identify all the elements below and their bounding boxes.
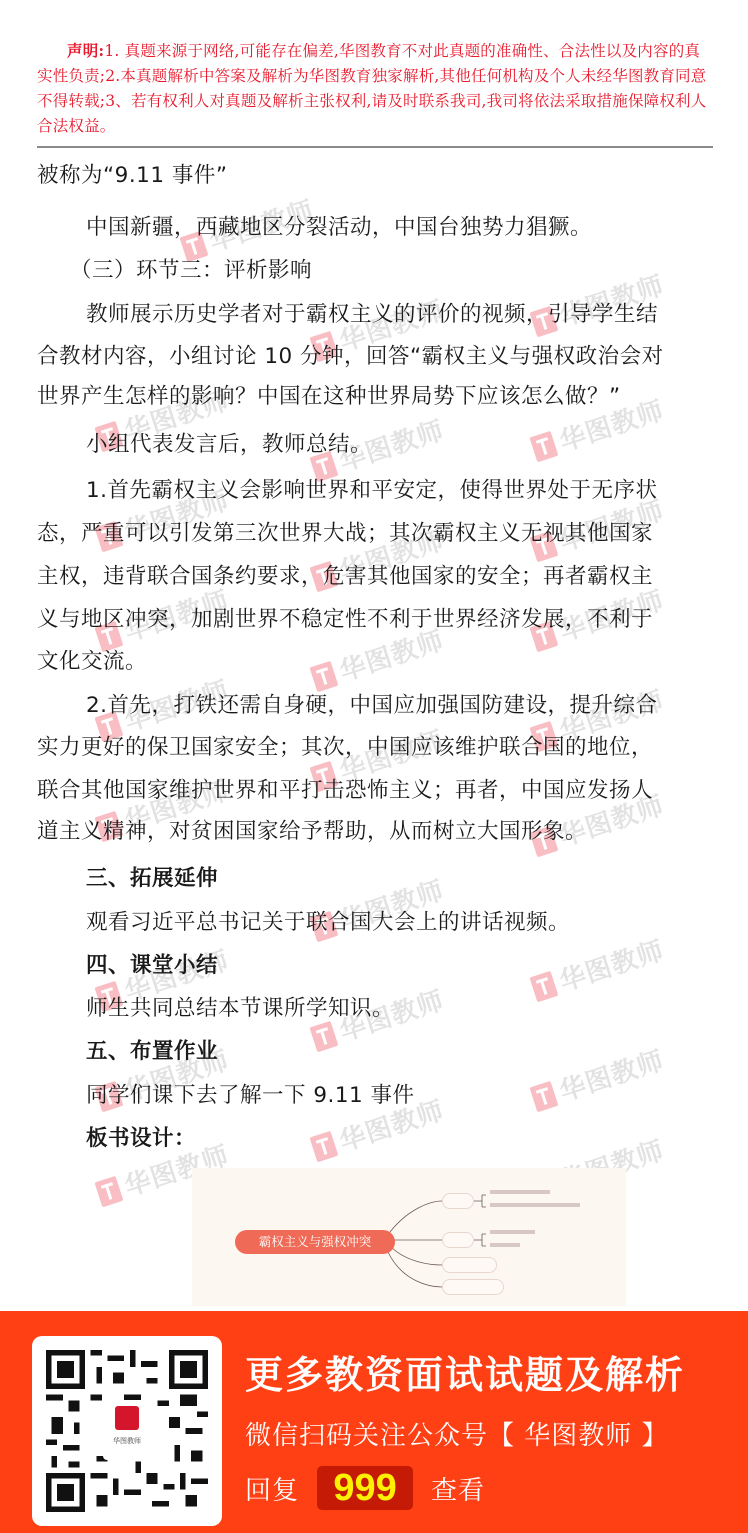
- promo-banner: 华图教师 更多教资面试试题及解析 微信扫码关注公众号【 华图教师 】 回复 99…: [0, 1311, 748, 1533]
- section-heading: 三、拓展延伸: [86, 864, 218, 894]
- board-design-mindmap: 霸权主义与强权冲突: [192, 1168, 626, 1306]
- body-line: 态，严重可以引发第三次世界大战；其次霸权主义无视其他国家: [37, 519, 653, 549]
- body-line: 道主义精神，对贫困国家给予帮助，从而树立大国形象。: [37, 817, 587, 847]
- disclaimer: 声明:1. 真题来源于网络,可能存在偏差,华图教育不对此真题的准确性、合法性以及…: [37, 38, 713, 139]
- body-line: 观看习近平总书记关于联合国大会上的讲话视频。: [86, 908, 570, 938]
- qr-center-logo: 华图教师: [103, 1400, 151, 1460]
- body-line: 教师展示历史学者对于霸权主义的评价的视频，引导学生结: [86, 300, 658, 330]
- body-line: 中国新疆，西藏地区分裂活动，中国台独势力猖獗。: [86, 213, 592, 243]
- disclaimer-lead: 声明:: [67, 41, 104, 60]
- qr-code-card[interactable]: 华图教师: [32, 1336, 222, 1526]
- watermark-logo-icon: [309, 660, 338, 692]
- mindmap-leaf: [490, 1243, 520, 1247]
- watermark-logo-icon: [529, 970, 558, 1002]
- disclaimer-text: 1. 真题来源于网络,可能存在偏差,华图教育不对此真题的准确性、合法性以及内容的…: [37, 42, 706, 135]
- mindmap-node: [442, 1257, 497, 1273]
- body-line: 主权，违背联合国条约要求，危害其他国家的安全；再者霸权主: [37, 562, 653, 592]
- body-line: 文化交流。: [37, 647, 147, 677]
- header-divider: [37, 146, 713, 148]
- mindmap-node: [442, 1232, 474, 1248]
- reply-prefix: 回复: [245, 1470, 299, 1507]
- reply-code-badge: 999: [317, 1466, 413, 1510]
- mindmap-leaf: [490, 1203, 580, 1207]
- body-line: 师生共同总结本节课所学知识。: [86, 994, 394, 1024]
- body-line: 小组代表发言后，教师总结。: [86, 430, 372, 460]
- body-line: 合教材内容，小组讨论 10 分钟，回答“霸权主义与强权政治会对: [37, 342, 664, 372]
- section-heading: 四、课堂小结: [86, 951, 218, 981]
- banner-reply-row: 回复 999 查看: [245, 1466, 485, 1510]
- mindmap-node: [442, 1193, 474, 1209]
- reply-suffix: 查看: [431, 1470, 485, 1507]
- body-line: 联合其他国家维护世界和平打击恐怖主义；再者，中国应发扬人: [37, 776, 653, 806]
- body-line: 同学们课下去了解一下 9.11 事件: [86, 1081, 415, 1111]
- mindmap-node: [442, 1279, 504, 1295]
- brand-logo-icon: [115, 1406, 139, 1430]
- watermark-logo-icon: [94, 1175, 123, 1207]
- body-line: 1.首先霸权主义会影响世界和平安定，使得世界处于无序状: [86, 476, 658, 506]
- banner-subtitle: 微信扫码关注公众号【 华图教师 】: [245, 1415, 669, 1452]
- body-line: 义与地区冲突，加剧世界不稳定性不利于世界经济发展，不利于: [37, 605, 653, 635]
- mindmap-center-node: 霸权主义与强权冲突: [235, 1230, 395, 1254]
- watermark-logo-icon: [309, 1130, 338, 1162]
- body-line: 世界产生怎样的影响？中国在这种世界局势下应该怎么做？”: [37, 382, 621, 412]
- section-heading: （三）环节三：评析影响: [70, 256, 312, 286]
- section-heading: 五、布置作业: [86, 1037, 218, 1067]
- body-line: 2.首先，打铁还需自身硬，中国应加强国防建设，提升综合: [86, 691, 658, 721]
- mindmap-leaf: [490, 1190, 550, 1194]
- watermark: 华图教师: [528, 930, 669, 1007]
- mindmap-leaf: [490, 1230, 535, 1234]
- body-line: 被称为“9.11 事件”: [37, 161, 227, 191]
- watermark-logo-icon: [529, 1080, 558, 1112]
- watermark-logo-icon: [309, 1020, 338, 1052]
- watermark-logo-icon: [529, 430, 558, 462]
- watermark: 华图教师: [528, 1040, 669, 1117]
- banner-title: 更多教资面试试题及解析: [245, 1344, 685, 1399]
- body-line: 实力更好的保卫国家安全；其次，中国应该维护联合国的地位，: [37, 733, 653, 763]
- section-heading: 板书设计：: [86, 1124, 196, 1154]
